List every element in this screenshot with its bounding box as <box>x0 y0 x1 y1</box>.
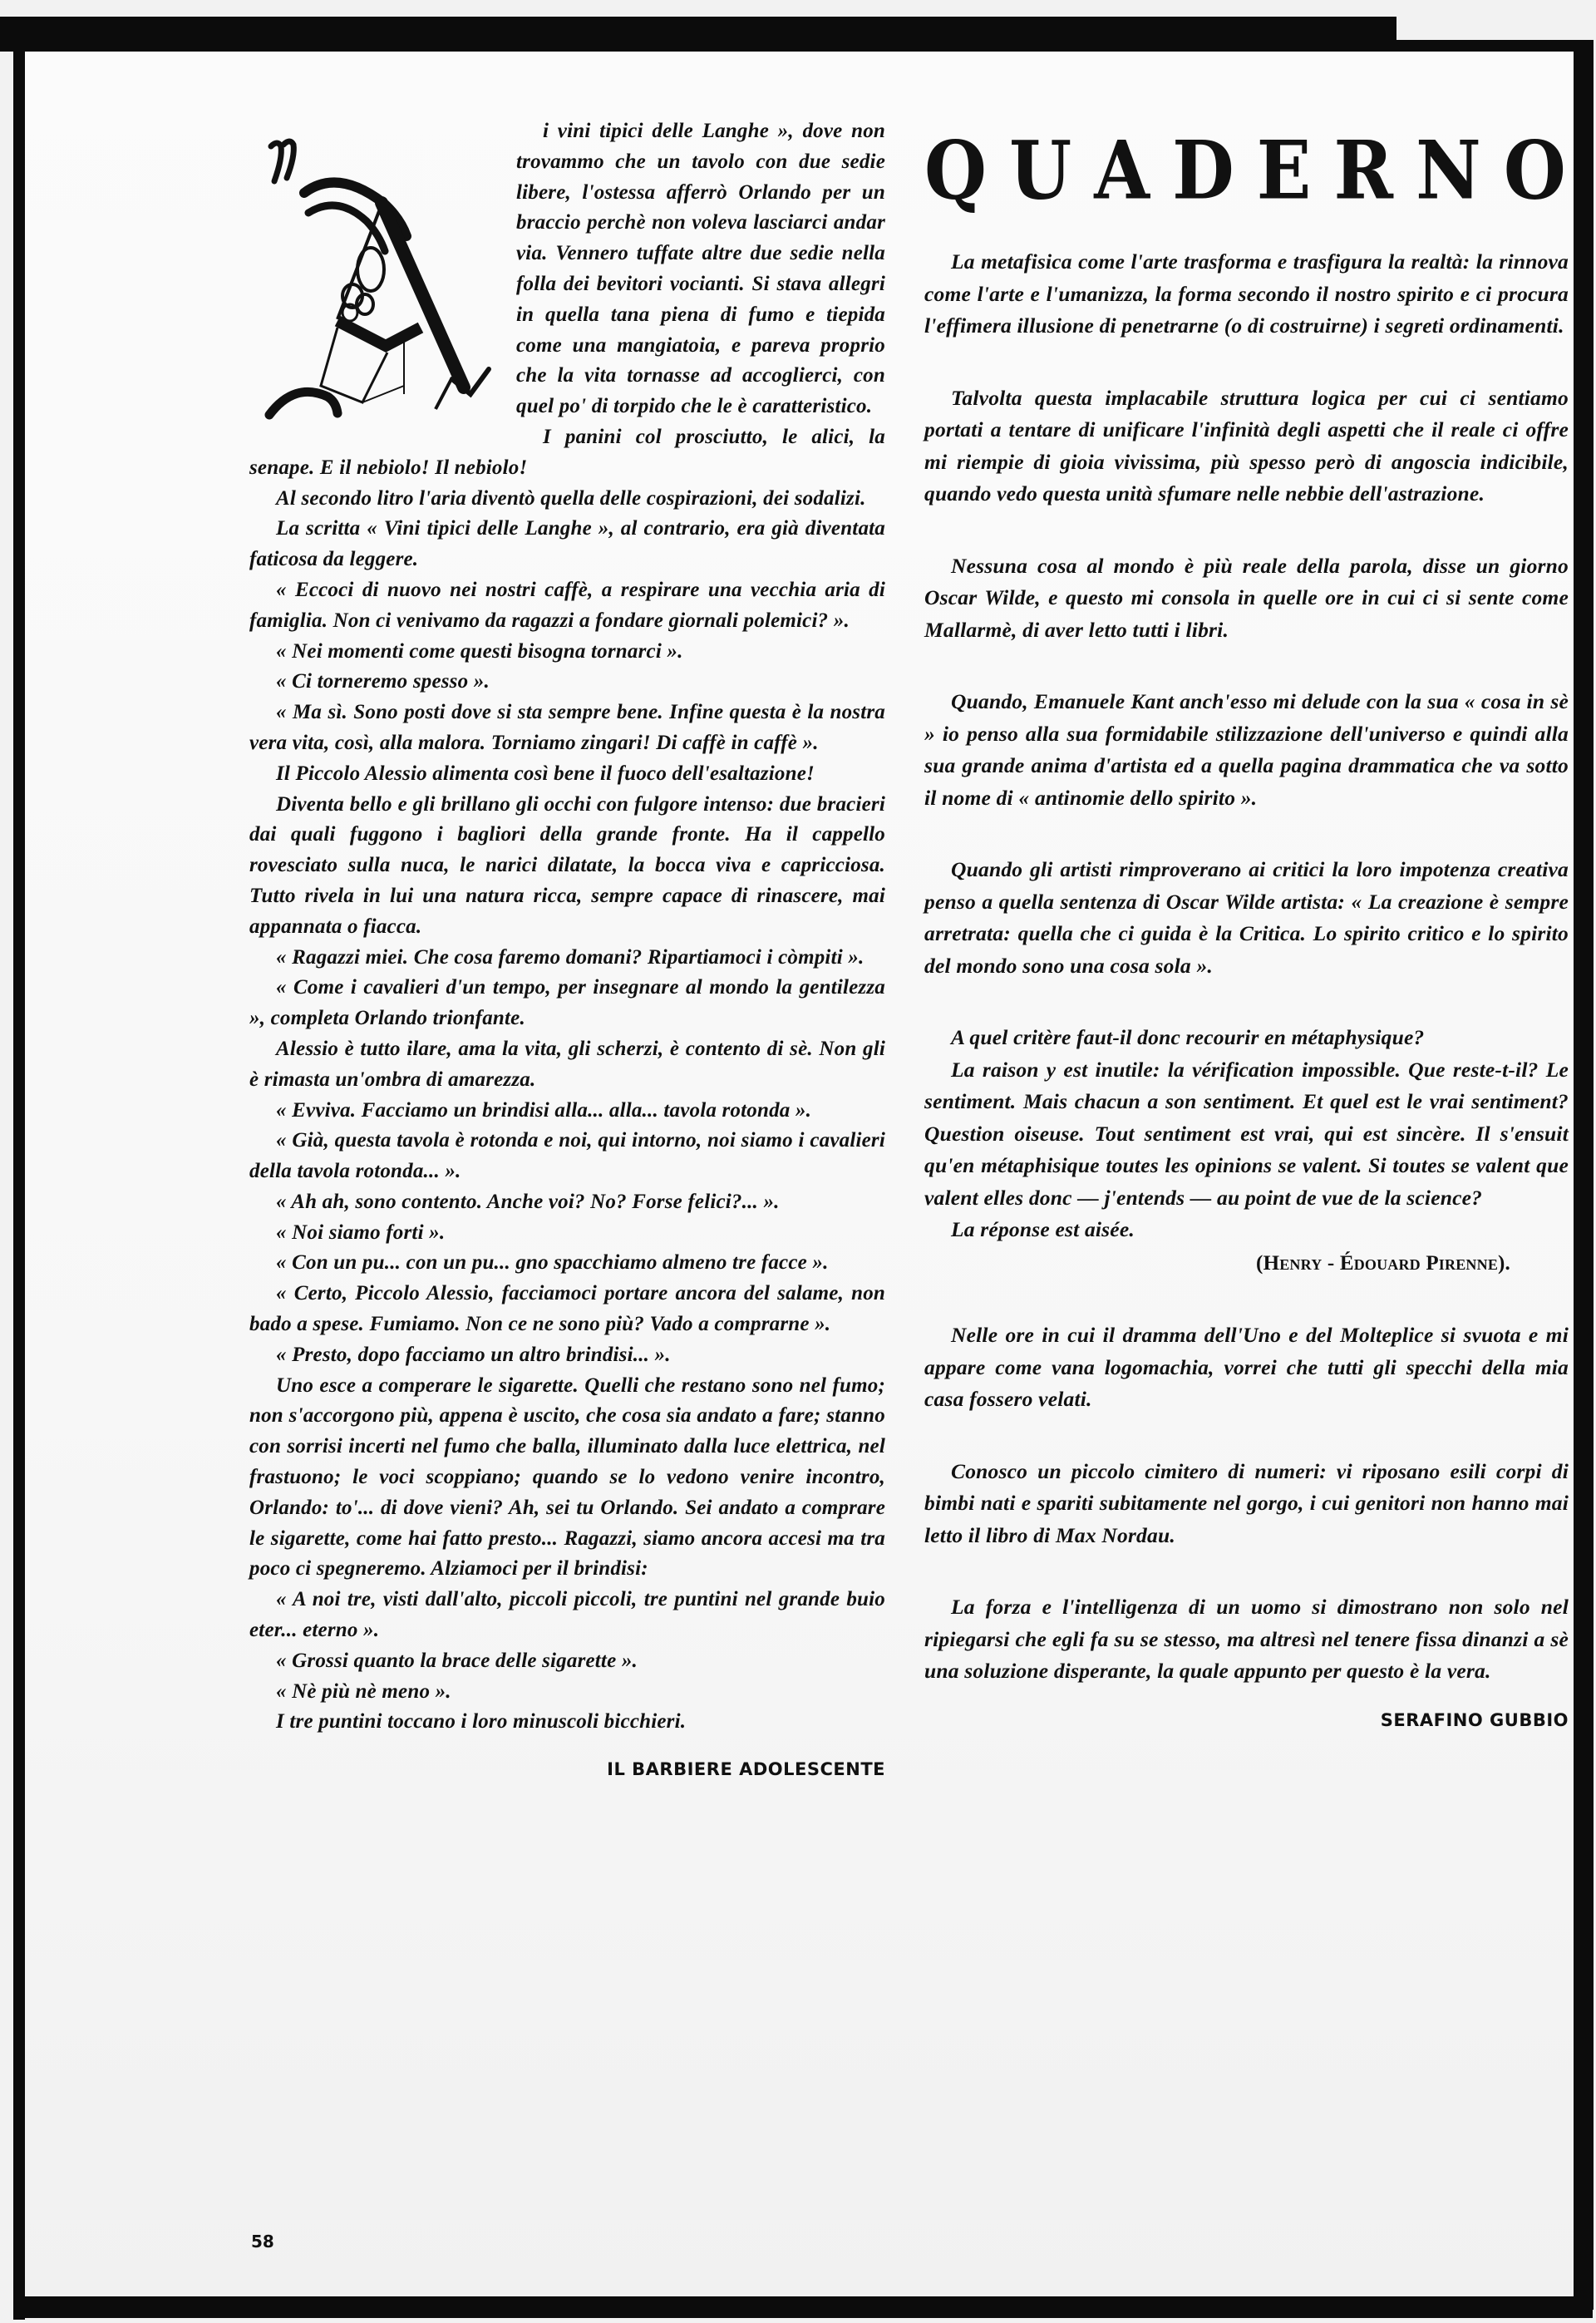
story-paragraph: « Grossi quanto la brace delle sigarette… <box>249 1646 885 1677</box>
drop-cap-a-icon <box>246 120 520 427</box>
story-paragraph: « Evviva. Facciamo un brindisi alla... a… <box>249 1096 885 1127</box>
page-border-top-right <box>1396 40 1593 52</box>
title-letter: U <box>1009 125 1071 218</box>
french-quote-paragraph: La réponse est aisée. <box>924 1214 1569 1246</box>
section-spacer <box>924 1416 1569 1456</box>
page-border-bottom <box>13 2296 1593 2318</box>
aphorism-struttura-logica: Talvolta questa implacabile struttura lo… <box>924 382 1569 510</box>
aphorism-oscar-wilde-parola: Nessuna cosa al mondo è più reale della … <box>924 550 1569 647</box>
section-spacer <box>924 510 1569 550</box>
story-signature: IL BARBIERE ADOLESCENTE <box>249 1754 885 1785</box>
page-border-right <box>1574 40 1594 2310</box>
story-paragraph: La scritta « Vini tipici delle Langhe »,… <box>249 514 885 575</box>
page-border-top <box>0 17 1396 52</box>
story-paragraph: I panini col prosciutto, le alici, la se… <box>249 422 885 484</box>
page-border-left <box>13 17 25 2320</box>
section-spacer <box>924 814 1569 854</box>
story-paragraph: « Nè più nè meno ». <box>249 1677 885 1708</box>
section-spacer <box>924 982 1569 1022</box>
story-paragraph: « Con un pu... con un pu... gno spacchia… <box>249 1248 885 1279</box>
story-paragraph: « Nei momenti come questi bisogna tornar… <box>249 637 885 668</box>
story-paragraph: « Eccoci di nuovo nei nostri caffè, a re… <box>249 575 885 637</box>
left-column-story: i vini tipici delle Langhe », dove non t… <box>249 116 885 1785</box>
title-letter: R <box>1333 125 1393 218</box>
story-paragraph: « Certo, Piccolo Alessio, facciamoci por… <box>249 1279 885 1340</box>
drop-cap-illustration <box>246 120 516 426</box>
story-paragraph: « Ah ah, sono contento. Anche voi? No? F… <box>249 1187 885 1218</box>
quaderno-title: Q U A D E R N O <box>924 125 1566 218</box>
story-paragraph: « Ma sì. Sono posti dove si sta sempre b… <box>249 698 885 759</box>
title-letter: E <box>1257 125 1312 218</box>
french-quote-paragraph: La raison y est inutile: la vérification… <box>924 1054 1569 1215</box>
aphorism-forza-intelligenza: La forza e l'intelligenza di un uomo si … <box>924 1591 1569 1688</box>
story-paragraph: Uno esce a comperare le sigarette. Quell… <box>249 1371 885 1586</box>
story-paragraph: « Già, questa tavola è rotonda e noi, qu… <box>249 1126 885 1187</box>
aphorism-uno-molteplice: Nelle ore in cui il dramma dell'Uno e de… <box>924 1319 1569 1416</box>
french-quote-paragraph: A quel critère faut-il donc recourir en … <box>924 1022 1569 1054</box>
quaderno-signature: SERAFINO GUBBIO <box>924 1704 1569 1737</box>
title-letter: A <box>1094 125 1150 218</box>
story-paragraph: Diventa bello e gli brillano gli occhi c… <box>249 790 885 943</box>
section-spacer <box>924 1551 1569 1591</box>
story-paragraph: « Ragazzi miei. Che cosa faremo domani? … <box>249 943 885 974</box>
title-letter: Q <box>924 125 987 218</box>
title-letter: O <box>1504 125 1566 218</box>
story-paragraph: Al secondo litro l'aria diventò quella d… <box>249 484 885 515</box>
story-paragraph: « A noi tre, visti dall'alto, piccoli pi… <box>249 1585 885 1646</box>
story-paragraph: I tre puntini toccano i loro minuscoli b… <box>249 1707 885 1738</box>
title-letter: N <box>1416 125 1481 218</box>
aphorism-critica: Quando gli artisti rimproverano ai criti… <box>924 854 1569 982</box>
page-number: 58 <box>251 2232 274 2251</box>
story-paragraph: « Presto, dopo facciamo un altro brindis… <box>249 1340 885 1371</box>
right-column-quaderno: Q U A D E R N O La metafisica come l'art… <box>924 125 1569 1736</box>
section-spacer <box>924 646 1569 686</box>
story-paragraph: Alessio è tutto ilare, ama la vita, gli … <box>249 1034 885 1096</box>
title-letter: D <box>1172 125 1234 218</box>
quote-attribution: (Henry - Édouard Pirenne). <box>924 1248 1569 1280</box>
aphorism-cimitero-numeri: Conosco un piccolo cimitero di numeri: v… <box>924 1456 1569 1552</box>
aphorism-kant: Quando, Emanuele Kant anch'esso mi delud… <box>924 686 1569 814</box>
story-paragraph: Il Piccolo Alessio alimenta così bene il… <box>249 759 885 790</box>
aphorism-metafisica: La metafisica come l'arte trasforma e tr… <box>924 246 1569 343</box>
story-paragraph: « Ci torneremo spesso ». <box>249 667 885 698</box>
story-paragraph: « Noi siamo forti ». <box>249 1218 885 1249</box>
section-spacer <box>924 343 1569 382</box>
section-spacer <box>924 1280 1569 1319</box>
story-paragraph: « Come i cavalieri d'un tempo, per inseg… <box>249 973 885 1034</box>
